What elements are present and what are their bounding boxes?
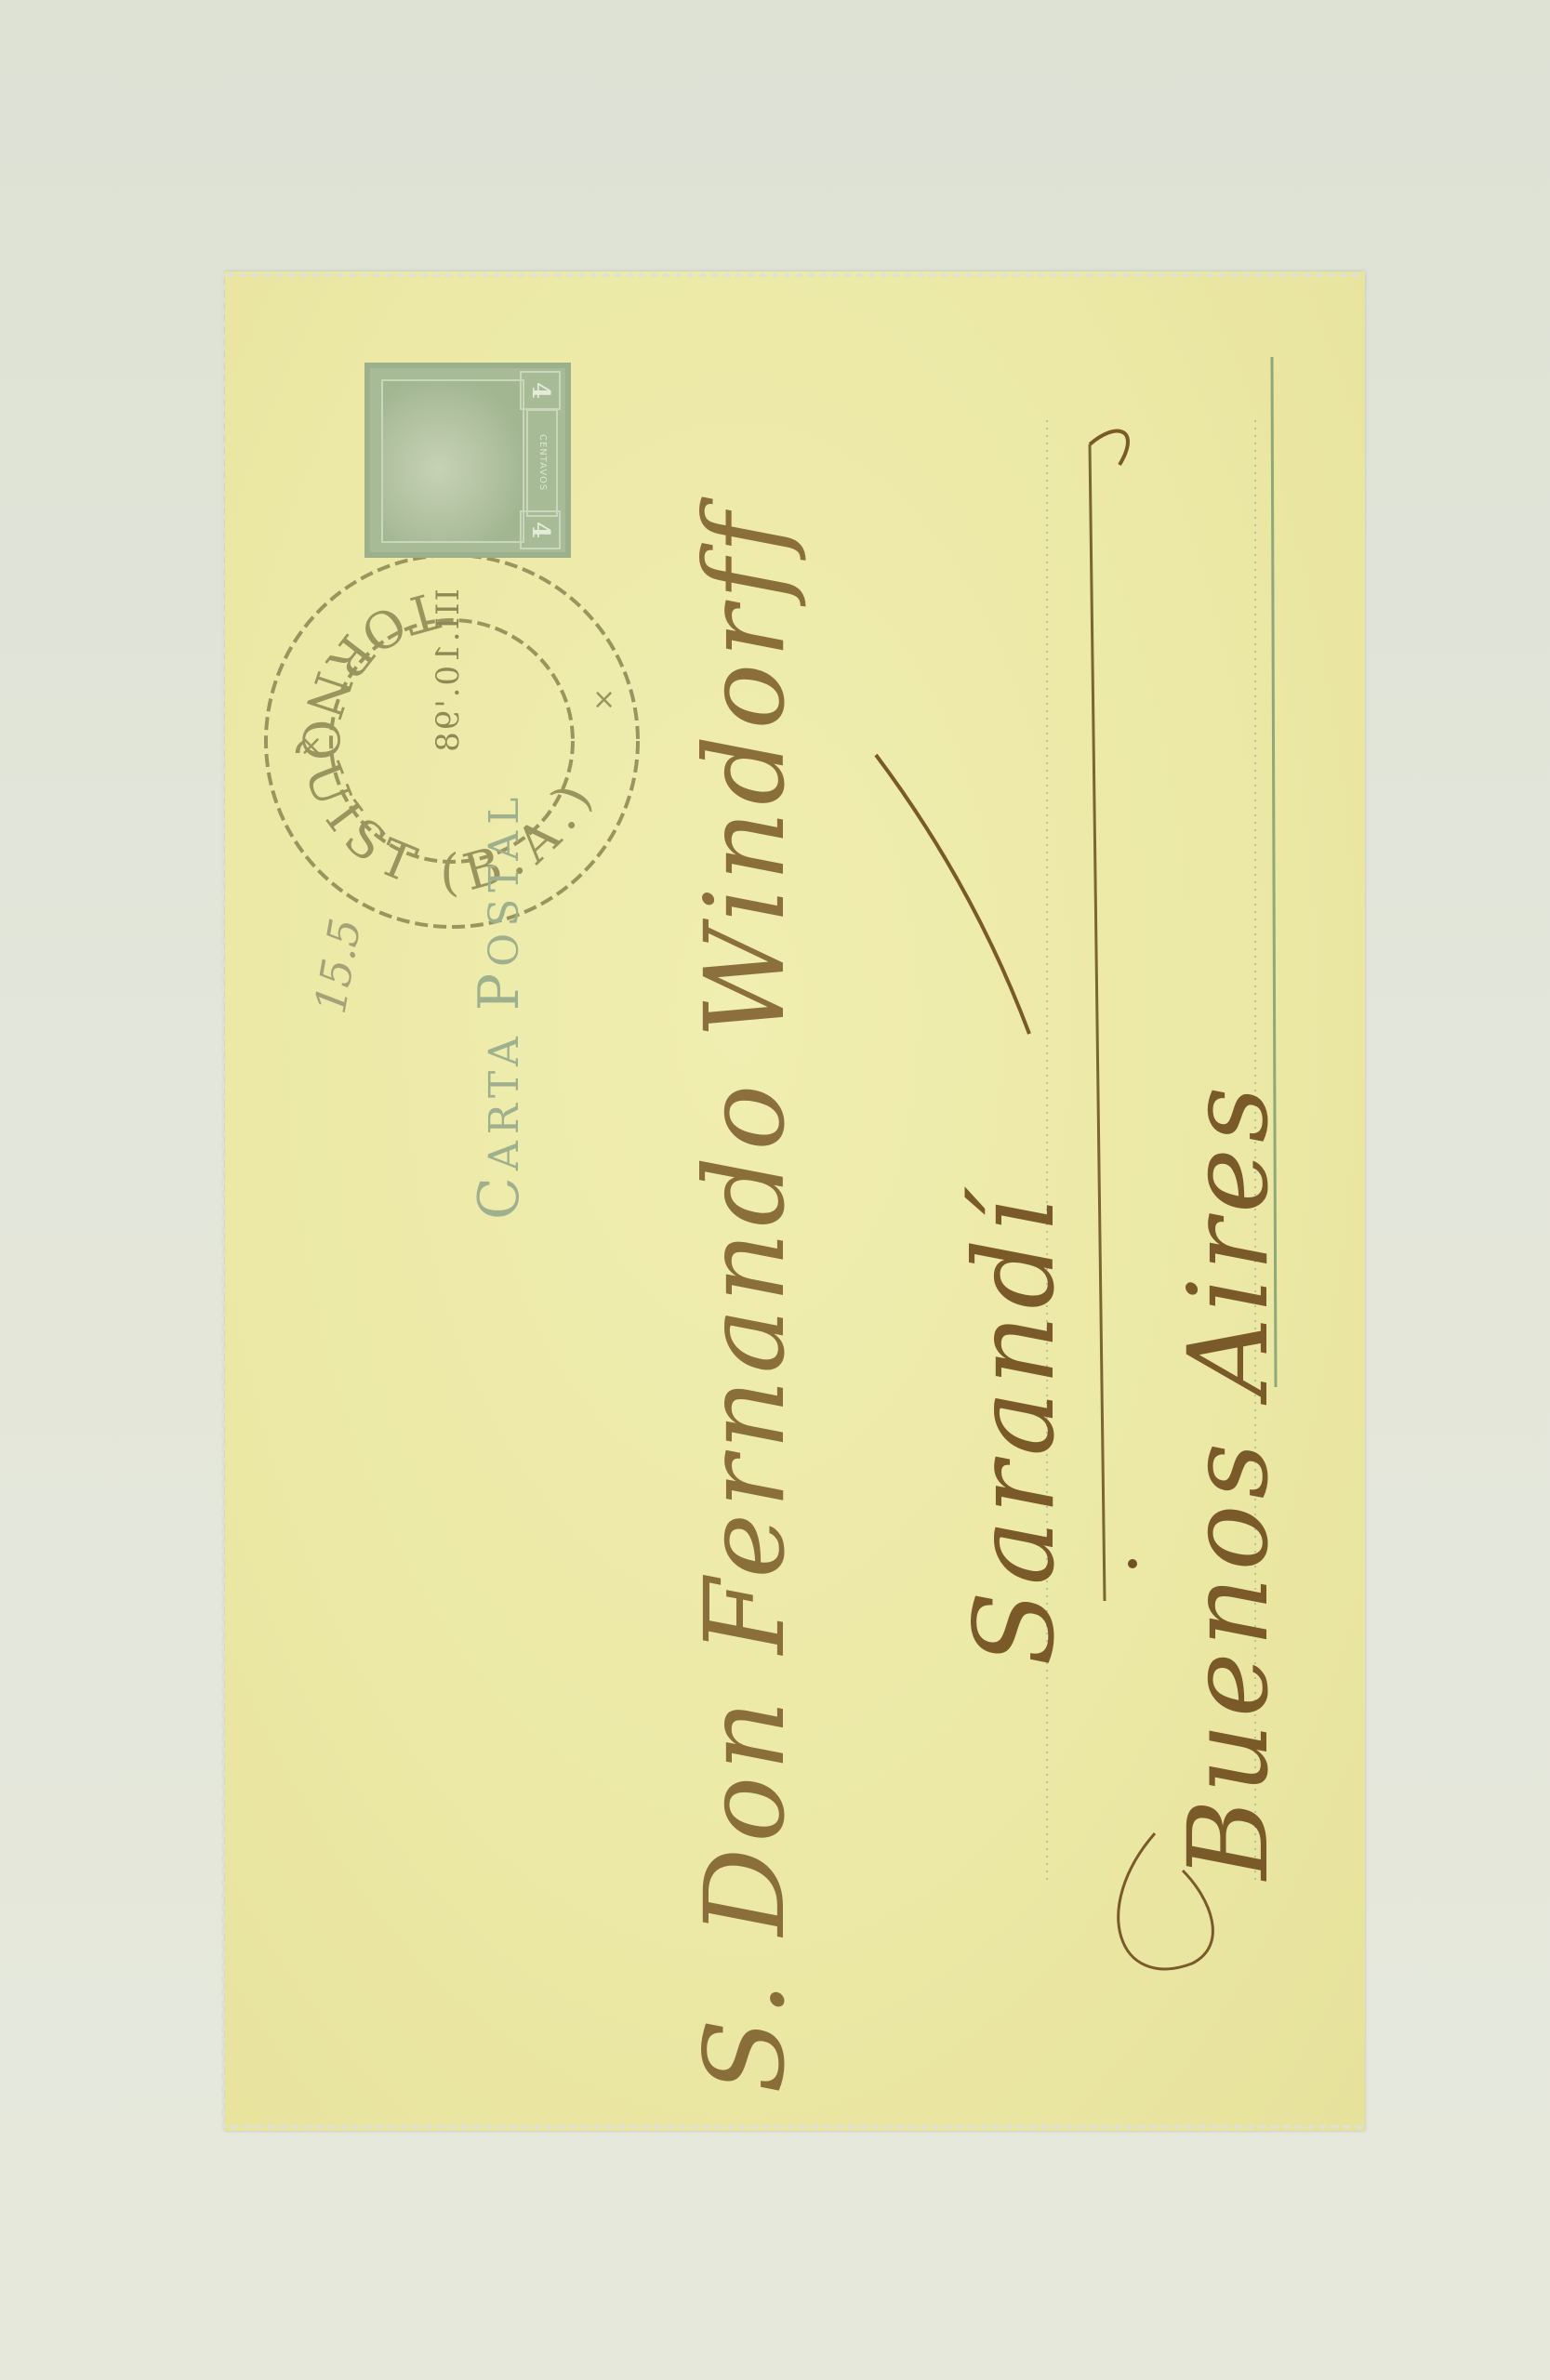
stamp-denomination-text: CENTAVOS [526, 409, 558, 517]
postage-stamp: CENTAVOS 4 4 [364, 363, 571, 558]
address-line-1: S. Don Fernando Windorff [681, 508, 809, 2094]
postmark-ornament-left: × [299, 730, 323, 762]
address-line-3: Buenos Aires [1164, 1081, 1292, 1880]
stamp-portrait-icon [381, 379, 524, 543]
lettercard: TORNQUIST (B.A.) × × CENTAVOS 4 4 III.10… [225, 271, 1365, 2131]
postmark-ornament-right: × [592, 683, 616, 716]
address-line-2: Sarandí [950, 1193, 1079, 1666]
stamp-value-bottom: 4 [520, 510, 561, 549]
ink-underline [1090, 444, 1105, 1601]
postmark-date: III.10.'98 [430, 569, 467, 773]
stamp-value-top: 4 [520, 371, 561, 410]
card-title: CARTA POSTAL [467, 791, 532, 1220]
